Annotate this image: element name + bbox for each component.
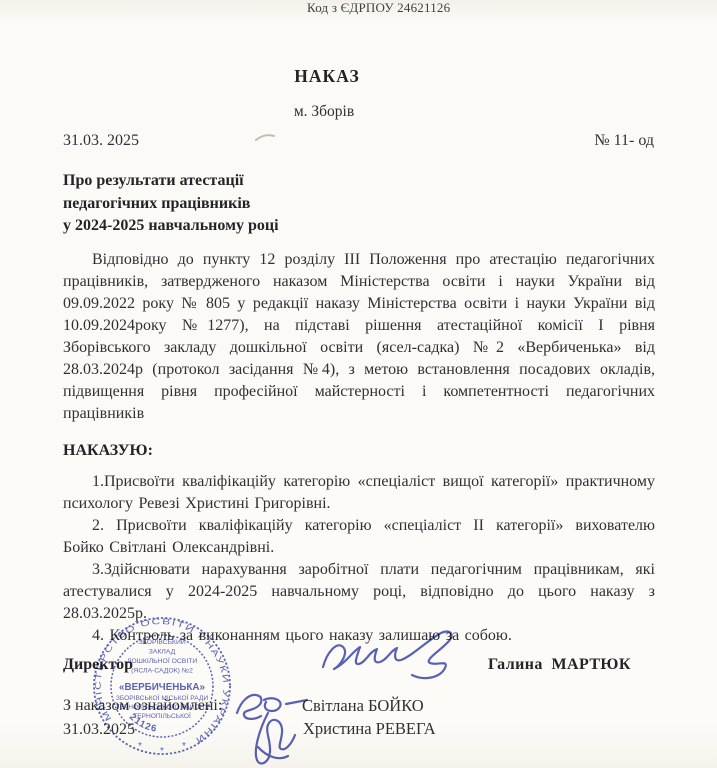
stamp-line: ДОШКІЛЬНОЇ ОСВІТИ <box>127 657 198 665</box>
date-number-row: № 11- од 31.03. 2025 <box>63 132 654 150</box>
signature-name: Галина МАРТЮК <box>488 656 631 674</box>
body-column: Відповідно до пункту 12 розділу ІІІ Поло… <box>63 249 655 647</box>
stamp-star: * <box>138 741 142 752</box>
edrpou-code-line: Код з ЄДРПОУ 24621126 <box>307 0 450 16</box>
stamp-line: ЗАКЛАД <box>149 649 176 656</box>
ack-signature-reveha <box>256 713 295 763</box>
order-number: № 11- од <box>594 132 654 150</box>
subject-line: педагогічних працівників <box>63 193 483 216</box>
order-item: 2. Присвоїти кваліфікаційу категорію «сп… <box>63 515 655 559</box>
order-date: 31.03. 2025 <box>63 132 139 149</box>
document-title: НАКАЗ <box>0 66 654 87</box>
acknowledged-name: Світлана БОЙКО <box>302 696 424 716</box>
preamble-paragraph: Відповідно до пункту 12 розділу ІІІ Поло… <box>63 249 655 425</box>
stamp-line: ЗБОРІВСЬКИЙ <box>138 637 186 646</box>
stamp-line: (ЯСЛА-САДОК) №2 <box>131 668 193 675</box>
subject-line: Про результати атестації <box>63 170 483 193</box>
stamp-name-line: «ВЕРБИЧЕНЬКА» <box>119 681 205 693</box>
order-item: 1.Присвоїти кваліфікаційу категорію «спе… <box>63 471 655 515</box>
city-line: м. Зборів <box>0 103 648 121</box>
subject-block: Про результати атестації педагогічних пр… <box>63 170 483 238</box>
subject-line: у 2024-2025 навчальному році <box>63 215 483 238</box>
official-round-stamp-icon: МІНІСТЕРСТВО ОСВІТИ І НАУКИ УКРАЇНИ ЗБОР… <box>86 600 238 768</box>
order-heading: НАКАЗУЮ: <box>63 440 655 462</box>
ack-signature-boiko <box>237 695 307 719</box>
stamp-line: ТЕРНОПІЛЬСЬКОГО РАЙОНУ <box>115 702 209 711</box>
acknowledged-name: Христина РЕВЕГА <box>303 719 436 739</box>
stamp-star: * <box>182 741 186 752</box>
stamp-star: * <box>160 746 164 757</box>
stamp-line: ЗБОРІВСЬКОЇ МІСЬКОЇ РАДИ <box>116 694 208 702</box>
order-document: { "document": { "edrpou": "Код з ЄДРПОУ … <box>0 0 717 768</box>
